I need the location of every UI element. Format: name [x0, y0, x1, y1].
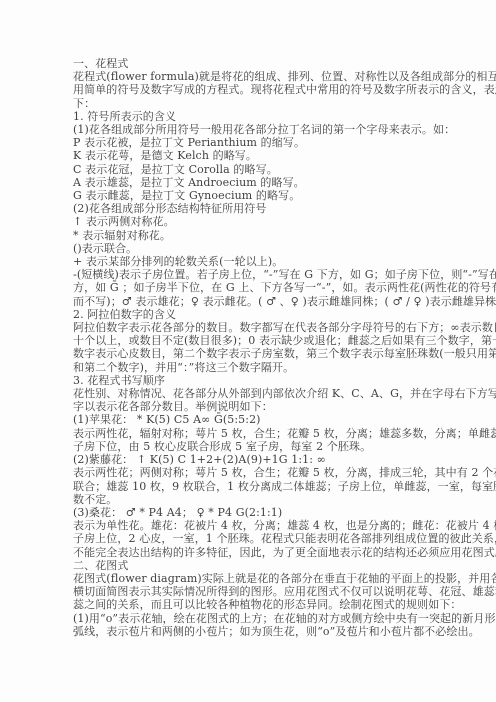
text-line: + 表示某部分排列的轮数关系(一轮以上)。 — [73, 255, 426, 268]
text-line: * 表示辐射对称花。 — [73, 229, 426, 242]
text-line: 数字表示心皮数目，第二个数字表示子房室数，第三个数字表示每室胚珠数(一般只用第一 — [73, 347, 426, 360]
text-line: ()表示联合。 — [73, 242, 426, 255]
text-line: 而不写)；♂ 表示雄花；♀ 表示雌花。( ♂ 、♀ )表示雌雄同株；( ♂ / … — [73, 295, 426, 308]
text-line: 联合；雄蕊 10 枚，9 枚联合，1 枚分离成二体雄蕊；子房上位，单雌蕊，一室，… — [73, 480, 426, 493]
text-line: C 表示花冠，是拉丁文 Corolla 的略写。 — [73, 163, 426, 176]
text-line: K 表示花萼，是德文 Kelch 的略写。 — [73, 149, 426, 162]
text-line: -(短横线)表示子房位置。若子房上位，“-”写在 G 下方，如 G；如子房下位，… — [73, 268, 426, 281]
text-line: 下： — [73, 97, 426, 110]
text-line: G 表示雌蕊，是拉丁文 Gynoecium 的略写。 — [73, 189, 426, 202]
text-line: 弧线，表示苞片和两侧的小苞片；如为顶生花，则“o”及苞片和小苞片都不必绘出。 — [73, 625, 426, 638]
text-line: ↑ 表示两侧对称花。 — [73, 215, 426, 228]
text-line: 表示为单性花。雄花：花被片 4 枚，分离；雄蕊 4 枚，也是分离的；雌花：花被片… — [73, 519, 426, 532]
text-line: 方，如 Ḡ ；如子房半下位，在 G 上、下方各写一“-”，如。表示两性花(两性花… — [73, 281, 426, 294]
text-line: 字以表示花各部分数目。举例说明如下： — [73, 400, 426, 413]
formula-mulberry-flower: (3)桑花： ♂ * P4 A4； ♀ * P4 G(2:1:1) — [73, 506, 426, 519]
text-line: 不能完全表达出结构的许多特征，因此，为了更全面地表示花的结构还必须应用花图式。 — [73, 546, 426, 559]
section-heading-flower-diagram: 二、花图式 — [73, 559, 426, 572]
text-line: P 表示花被，是拉丁文 Perianthium 的缩写。 — [73, 136, 426, 149]
text-line: 用简单的符号及数字写成的方程式。现将花程式中常用的符号及数字所表示的含义，表述如 — [73, 83, 426, 96]
text-line: 和第二个数字)，并用“：”将这三个数字隔开。 — [73, 361, 426, 374]
formula-apple-flower: (1)苹果花： * K(5) C5 A∞ Ḡ(5:5:2) — [73, 413, 426, 426]
text-line: 花性别、对称情况、花各部分从外部到内部依次介绍 K、C、A、G，并在字母右下方写… — [73, 387, 426, 400]
document-page: 一、花程式 花程式(flower formula)就是将花的组成、排列、位置、对… — [0, 0, 496, 702]
text-line: 横切面简图表示其实际情况所得到的图形。应用花图式不仅可以说明花萼、花冠、雄蕊和雌 — [73, 585, 426, 598]
subheading-symbol-meaning: 1. 符号所表示的含义 — [73, 110, 426, 123]
text-line: 十个以上，或数目不定(数目很多)；0 表示缺少或退化；雌蕊之后如果有三个数字，第… — [73, 334, 426, 347]
text-line: 表示两性花，辐射对称；萼片 5 枚，合生；花瓣 5 枚，分离；雄蕊多数，分离；单… — [73, 427, 426, 440]
text-line: 表示两性花；两侧对称；萼片 5 枚，合生；花瓣 5 枚，分离，排成三轮，其中有 … — [73, 466, 426, 479]
section-heading-flower-formula: 一、花程式 — [73, 57, 426, 70]
subheading-writing-order: 3. 花程式书写顺序 — [73, 374, 426, 387]
text-line: 阿拉伯数字表示花各部分的数目。数字都写在代表各部分字母符号的右下方；∞表示数目在 — [73, 321, 426, 334]
formula-wisteria-flower: (2)紫藤花： ↑ K(5) C 1+2+(2)A(9)+1G 1:1: ∞ — [73, 453, 426, 466]
subheading-arabic-numerals: 2. 阿拉伯数字的含义 — [73, 308, 426, 321]
text-line: 子房上位，2 心皮，一室，1 个胚珠。花程式只能表明花各部排列组成位置的彼此关系… — [73, 532, 426, 545]
text-line: A 表示雄蕊，是拉丁文 Androecium 的略写。 — [73, 176, 426, 189]
text-line: 子房下位，由 5 枚心皮联合形成 5 室子房，每室 2 个胚珠。 — [73, 440, 426, 453]
text-line: 数不定。 — [73, 493, 426, 506]
text-line: 花图式(flower diagram)实际上就是花的各部分在垂直于花轴的平面上的… — [73, 572, 426, 585]
document-text-block: 一、花程式 花程式(flower formula)就是将花的组成、排列、位置、对… — [73, 57, 426, 638]
text-line: 蕊之间的关系，而且可以比较各种植物花的形态异同。绘制花图式的规则如下： — [73, 598, 426, 611]
text-line: (1)花各组成部分所用符号一般用花各部分拉丁名词的第一个字母来表示。如： — [73, 123, 426, 136]
text-line: 花程式(flower formula)就是将花的组成、排列、位置、对称性以及各组… — [73, 70, 426, 83]
text-line: (1)用“o”表示花轴，绘在花图式的上方；在花轴的对方或侧方绘中央有一突起的新月… — [73, 612, 426, 625]
text-line: (2)花各组成部分形态结构特征所用符号 — [73, 202, 426, 215]
